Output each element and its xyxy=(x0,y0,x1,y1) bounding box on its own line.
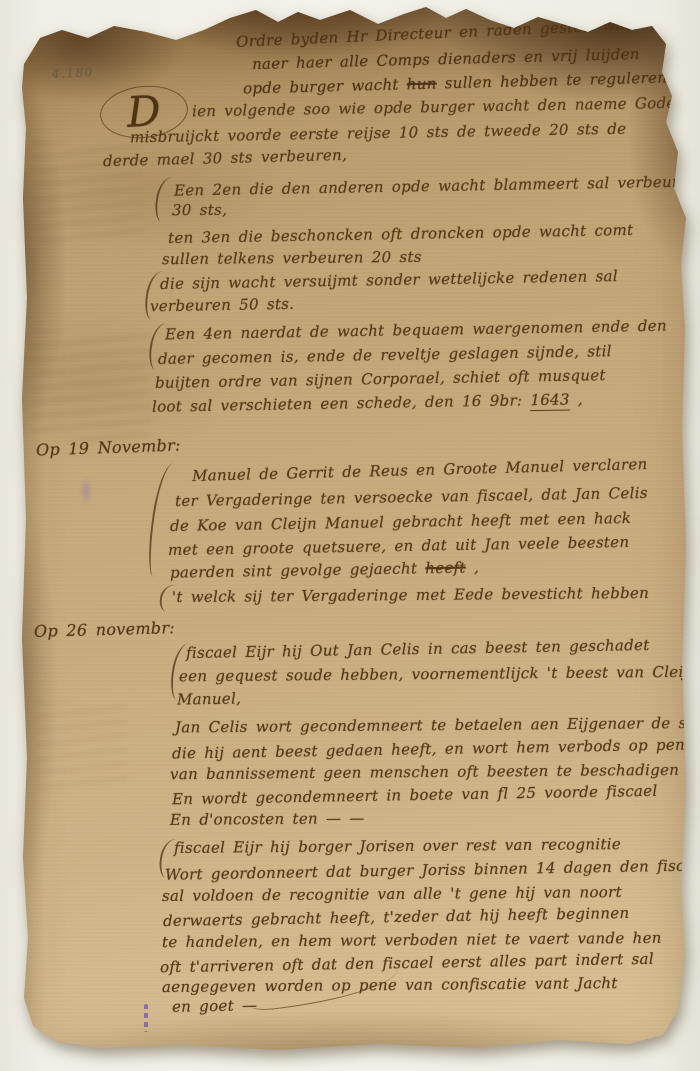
manuscript-line: Manuel de Gerrit de Reus en Groote Manue… xyxy=(192,455,648,485)
date-text: den 16 9br: xyxy=(425,391,523,411)
bleedthrough-text xyxy=(34,698,127,791)
manuscript-line: ten 3en die beschoncken oft droncken opd… xyxy=(168,221,634,247)
manuscript-dateline: loot sal verschieten een schede, den 16 … xyxy=(152,390,583,416)
header-line-3-text: sullen hebben te reguleren xyxy=(445,68,668,92)
margin-date-19-nov: Op 19 Novembr: xyxy=(36,435,181,459)
manuscript-line: 30 sts, xyxy=(172,201,227,219)
manuscript-line: fiscael Eijr hij Out Jan Celis in cas be… xyxy=(186,636,650,662)
manuscript-line: Wort geordonneert dat burger Joriss binn… xyxy=(165,856,700,883)
underlined-year: 1643 xyxy=(530,390,570,411)
header-line-3: opde burger wacht hun sullen hebben te r… xyxy=(243,68,668,97)
header-line-2: naer haer alle Comps dienaders en vrij l… xyxy=(252,45,640,73)
manuscript-line: loot sal verschieten een schede, xyxy=(152,393,417,416)
manuscript-line: ien volgende soo wie opde burger wacht d… xyxy=(192,94,684,121)
manuscript-line: ter Vergaderinge ten versoecke van fisca… xyxy=(175,484,648,510)
manuscript-line: derde mael 30 sts verbeuren, xyxy=(103,146,347,170)
header-struck-word: hun xyxy=(407,74,437,93)
manuscript-line: van bannissement geen menschen oft beest… xyxy=(170,761,679,783)
paragraph-brace xyxy=(153,175,173,222)
manuscript-line-text: , xyxy=(474,558,479,576)
manuscript-line: En d'oncosten ten — — xyxy=(170,809,365,829)
margin-date-26-nov: Op 26 novembr: xyxy=(34,618,175,641)
header-line-3-text: opde burger wacht xyxy=(243,75,399,97)
manuscript-line: de Koe van Cleijn Manuel gebracht heeft … xyxy=(170,509,632,535)
manuscript-line: derwaerts gebracht heeft, t'zeder dat hi… xyxy=(163,904,630,930)
manuscript-line: 't welck sij ter Vergaderinge met Eede b… xyxy=(172,584,649,606)
manuscript-line: sullen telkens verbeuren 20 sts xyxy=(162,248,422,268)
manuscript-line: sal voldoen de recognitie van alle 't ge… xyxy=(162,883,622,905)
manuscript-line: een gequest soude hebben, voornementlijc… xyxy=(179,663,699,686)
purple-ink-mark xyxy=(144,1004,148,1032)
manuscript-line: die sijn wacht versuijmt sonder wettelij… xyxy=(160,267,618,293)
manuscript-line: verbeuren 50 sts. xyxy=(150,295,295,316)
manuscript-line: paerden sint gevolge gejaecht heeft , xyxy=(170,558,479,581)
manuscript-line: Jan Celis wort gecondemneert te betaelen… xyxy=(175,714,700,737)
manuscript-line: fiscael Eijr hij borger Jorisen over res… xyxy=(174,835,621,857)
purple-ink-smudge xyxy=(80,476,92,506)
manuscript-line: En wordt gecondemneert in boete van fl 2… xyxy=(172,782,658,808)
manuscript-line-text: paerden sint gevolge gejaecht xyxy=(170,559,417,581)
manuscript-line: misbruijckt voorde eerste reijse 10 sts … xyxy=(130,120,627,147)
manuscript-line: oft t'arriveren oft dat den fiscael eers… xyxy=(160,950,654,977)
manuscript-line: buijten ordre van sijnen Corporael, schi… xyxy=(155,366,606,392)
manuscript-line: Een 4en naerdat de wacht bequaem waergen… xyxy=(165,317,667,344)
manuscript-line: en goet — xyxy=(172,996,258,1015)
bleedthrough-text xyxy=(29,329,151,441)
manuscript-line: die hij aent beest gedaen heeft, en wort… xyxy=(172,735,694,762)
manuscript-line: Een 2en die den anderen opde wacht blamm… xyxy=(174,172,699,199)
manuscript-page: 4.180 Ordre byden Hr Directeur en raden … xyxy=(0,0,700,1071)
manuscript-line: daer gecomen is, ende de reveltje geslag… xyxy=(158,342,612,368)
manuscript-line: te handelen, en hem wort verboden niet t… xyxy=(162,929,662,951)
folio-number: 4.180 xyxy=(52,65,95,81)
manuscript-line: Manuel, xyxy=(177,689,241,708)
date-text: , xyxy=(578,390,583,408)
scan-background: 4.180 Ordre byden Hr Directeur en raden … xyxy=(0,0,700,1071)
struck-word: heeft xyxy=(425,559,466,578)
manuscript-line: met een groote quetsuere, en dat uit Jan… xyxy=(168,533,630,559)
